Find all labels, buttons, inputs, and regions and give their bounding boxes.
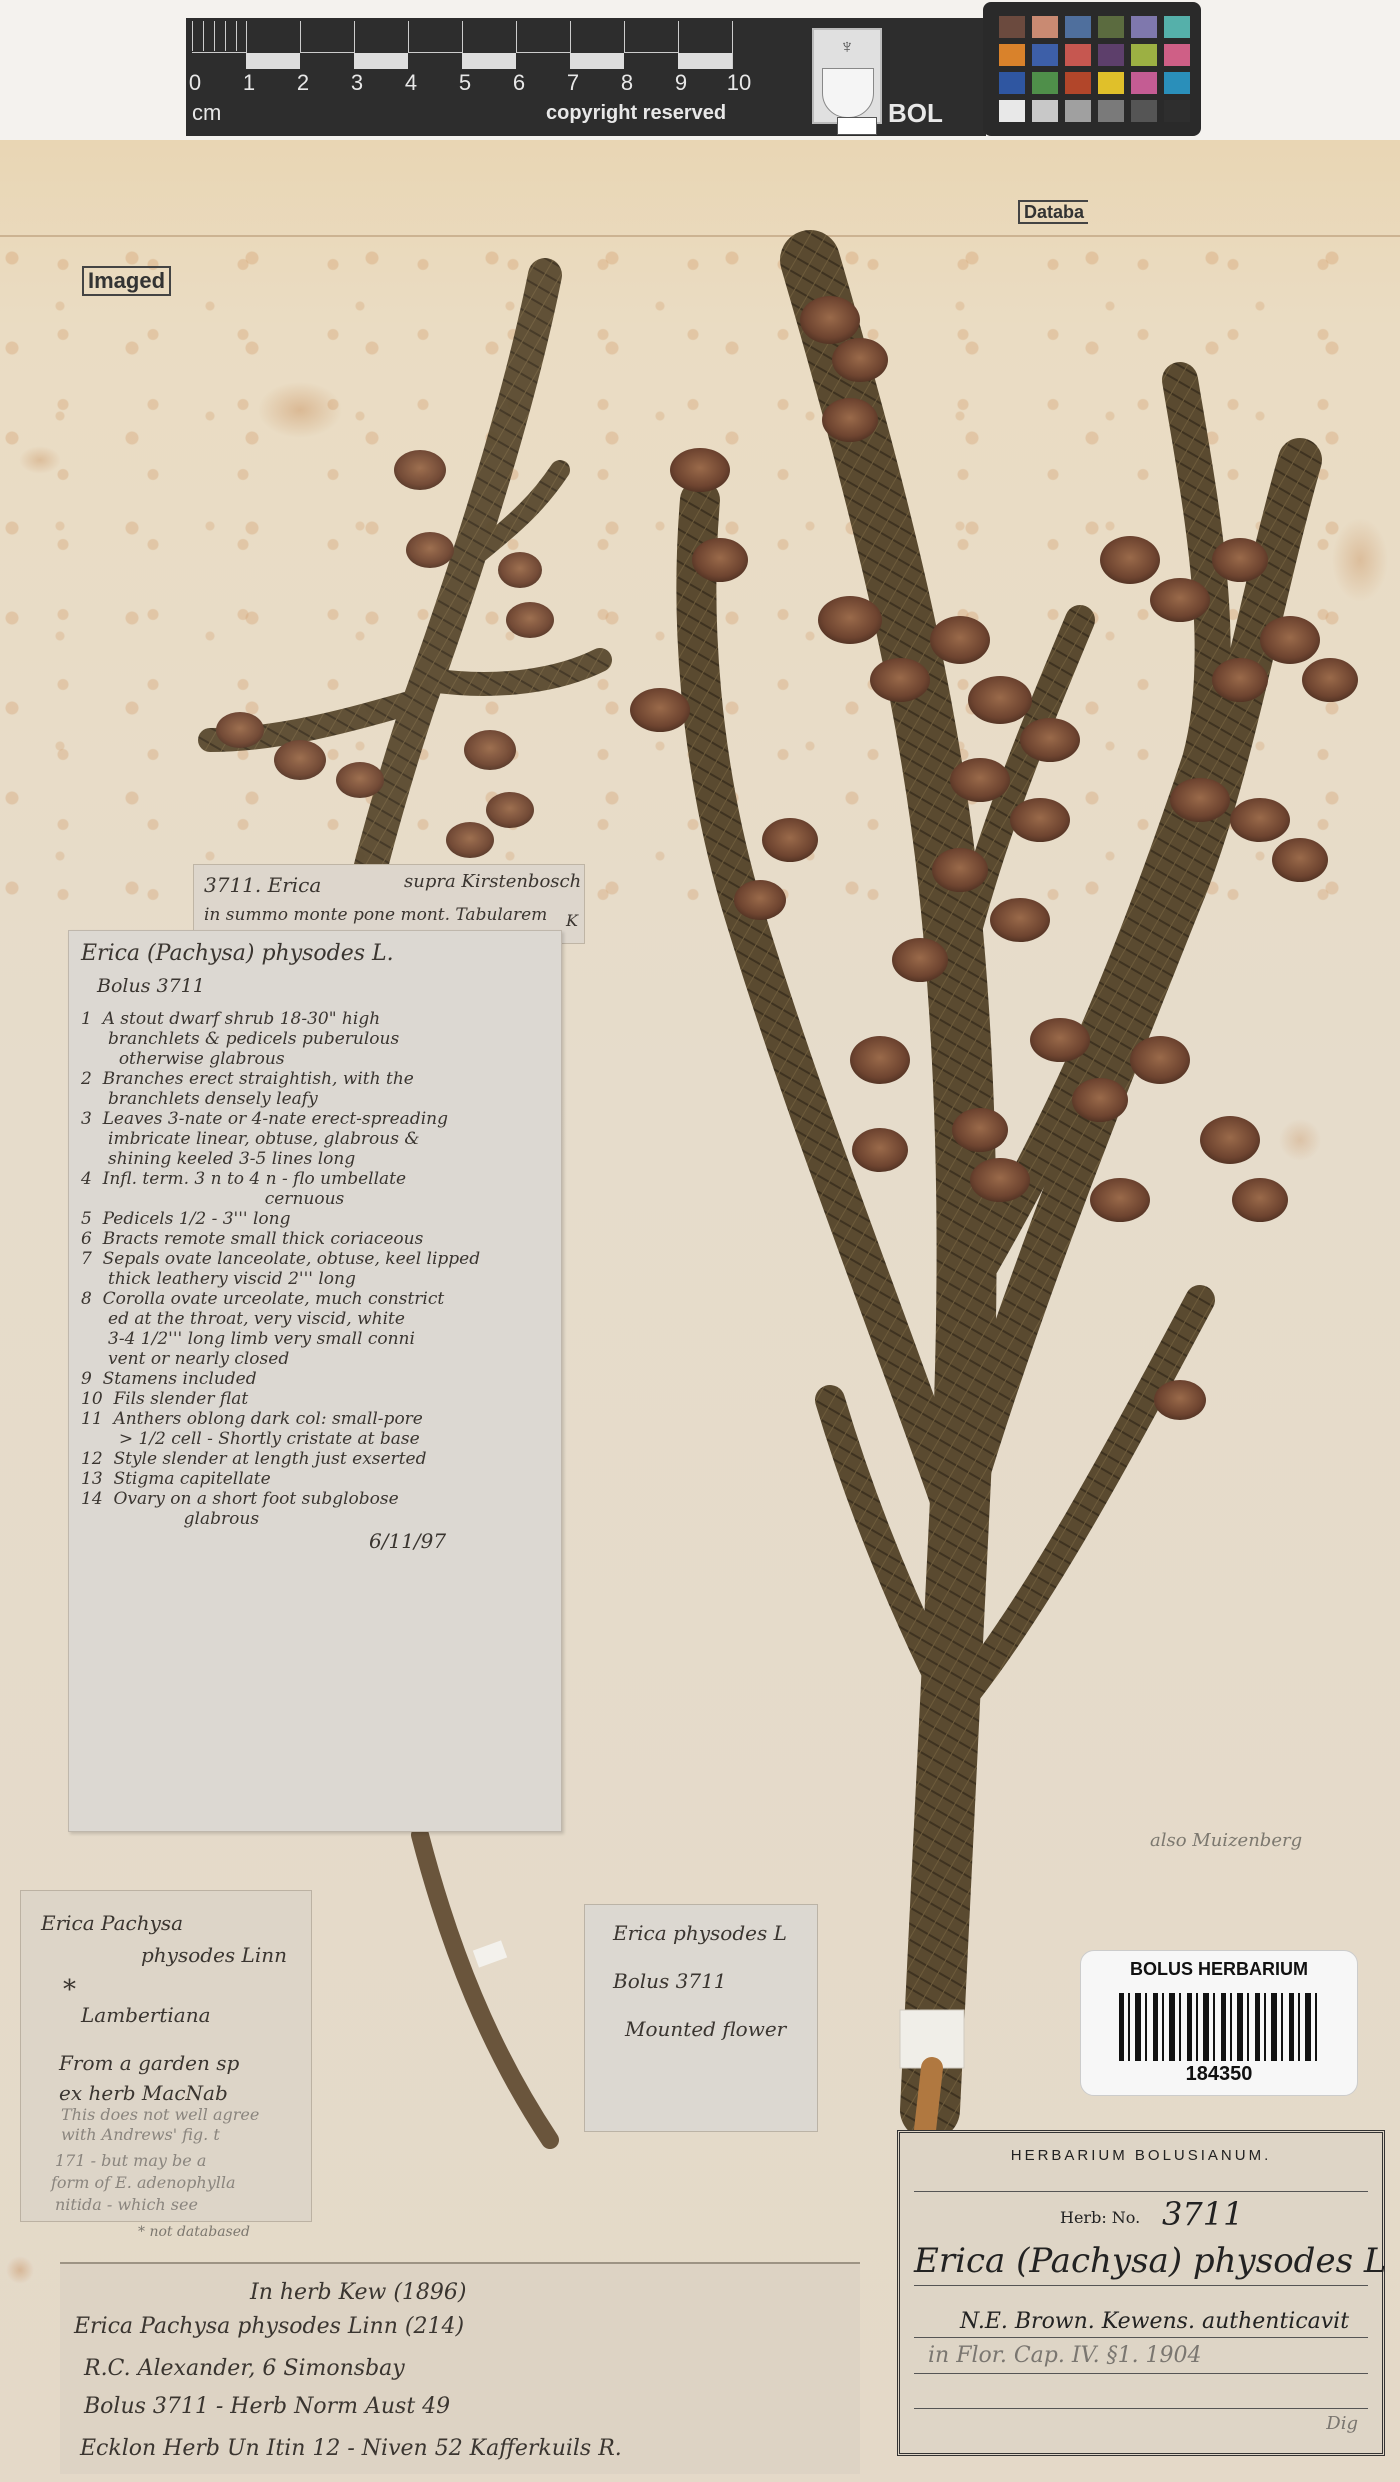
packet-line: Mounted flower <box>625 2017 786 2041</box>
description-line: imbricate linear, obtuse, glabrous & <box>81 1129 419 1149</box>
packet-line: Bolus 3711 <box>613 1969 727 1993</box>
description-line: vent or nearly closed <box>81 1349 289 1369</box>
taxon-name: Erica (Pachysa) physodes L <box>914 2241 1386 2281</box>
collector-mark: K <box>566 911 578 930</box>
description-line: otherwise glabrous <box>81 1049 285 1069</box>
description-line: 7 Sepals ovate lanceolate, obtuse, keel … <box>81 1249 480 1269</box>
description-line: ed at the throat, very viscid, white <box>81 1309 405 1329</box>
kew-line: Bolus 3711 - Herb Norm Aust 49 <box>84 2394 450 2419</box>
pencil-line: nitida - which see <box>55 2195 198 2214</box>
pencil-line: 171 - but may be a <box>55 2151 206 2170</box>
pencil-line: with Andrews' fig. t <box>61 2125 220 2144</box>
locality-line-1: supra Kirstenbosch <box>404 871 581 892</box>
description-line: 10 Fils slender flat <box>81 1389 248 1409</box>
kew-line: In herb Kew (1896) <box>250 2280 466 2305</box>
collection-number: 3711. Erica <box>204 873 321 897</box>
packet-line: Erica physodes L <box>613 1921 787 1945</box>
description-line: 11 Anthers oblong dark col: small-pore <box>81 1409 423 1429</box>
kew-line: Erica Pachysa physodes Linn (214) <box>74 2314 464 2339</box>
description-line: 2 Branches erect straightish, with the <box>81 1069 414 1089</box>
description-line: thick leathery viscid 2''' long <box>81 1269 356 1289</box>
mounted-flower-packet: Erica physodes L Bolus 3711 Mounted flow… <box>584 1904 818 2132</box>
stem-base <box>925 2068 932 2130</box>
description-line: 8 Corolla ovate urceolate, much constric… <box>81 1289 444 1309</box>
literature-reference: in Flor. Cap. IV. §1. 1904 <box>928 2343 1202 2368</box>
mounting-strap <box>473 1940 507 1967</box>
pencil-annotation: Dig <box>1326 2413 1358 2434</box>
herbarium-bolusianum-label: HERBARIUM BOLUSIANUM. Herb: No. 3711 Eri… <box>897 2130 1385 2456</box>
pencil-line: form of E. adenophylla <box>51 2173 236 2192</box>
description-title: Erica (Pachysa) physodes L. <box>81 941 394 966</box>
barcode-label: BOLUS HERBARIUM 184350 <box>1080 1950 1358 2096</box>
locality-pencil-note: also Muizenberg <box>1150 1830 1302 1851</box>
left-branch <box>210 275 600 870</box>
kew-line: Ecklon Herb Un Itin 12 - Niven 52 Kaffer… <box>80 2436 622 2461</box>
description-line: 13 Stigma capitellate <box>81 1469 271 1489</box>
description-line: glabrous <box>81 1509 259 1529</box>
lambert-line: ex herb MacNab <box>59 2081 228 2105</box>
description-line: 6 Bracts remote small thick coriaceous <box>81 1229 423 1249</box>
lambert-line: From a garden sp <box>59 2051 239 2075</box>
locality-line-2: in summo monte pone mont. Tabularem <box>204 905 547 925</box>
lambert-line: Lambertiana <box>81 2003 211 2027</box>
pencil-line: This does not well agree <box>61 2105 259 2124</box>
description-collector: Bolus 3711 <box>97 975 205 997</box>
description-line: 4 Infl. term. 3 n to 4 n - flo umbellate <box>81 1169 406 1189</box>
description-line: 5 Pedicels 1/2 - 3''' long <box>81 1209 290 1229</box>
description-date: 6/11/97 <box>369 1529 446 1553</box>
not-databased-note: * not databased <box>138 2224 250 2240</box>
asterisk-mark: * <box>63 1975 76 2005</box>
description-card: Erica (Pachysa) physodes L. Bolus 3711 1… <box>68 930 562 1832</box>
herb-no-value: 3711 <box>1162 2195 1243 2233</box>
barcode-icon <box>1119 1993 1319 2061</box>
description-line: 12 Style slender at length just exserted <box>81 1449 426 1469</box>
kew-notes-card: In herb Kew (1896) Erica Pachysa physode… <box>60 2262 860 2474</box>
lambert-line: Erica Pachysa <box>41 1911 183 1935</box>
lambert-line: physodes Linn <box>141 1943 287 1967</box>
herb-no-label: Herb: No. <box>1060 2208 1140 2227</box>
description-line: branchlets densely leafy <box>81 1089 318 1109</box>
description-line: 9 Stamens included <box>81 1369 257 1389</box>
description-line: 3-4 1/2''' long limb very small conni <box>81 1329 415 1349</box>
barcode-title: BOLUS HERBARIUM <box>1081 1959 1357 1980</box>
description-line: shining keeled 3-5 lines long <box>81 1149 355 1169</box>
kew-line: R.C. Alexander, 6 Simonsbay <box>84 2356 405 2381</box>
barcode-number: 184350 <box>1081 2063 1357 2086</box>
lambert-label: Erica Pachysa physodes Linn * Lambertian… <box>20 1890 312 2222</box>
lower-stem-fragment <box>420 1835 550 2140</box>
description-line: 3 Leaves 3-nate or 4-nate erect-spreadin… <box>81 1109 448 1129</box>
description-line: branchlets & pedicels puberulous <box>81 1029 399 1049</box>
description-line: cernuous <box>81 1189 344 1209</box>
label-header: HERBARIUM BOLUSIANUM. <box>900 2147 1382 2164</box>
description-line: 14 Ovary on a short foot subglobose <box>81 1489 399 1509</box>
description-line: 1 A stout dwarf shrub 18-30" high <box>81 1009 380 1029</box>
description-line: > 1/2 cell - Shortly cristate at base <box>81 1429 420 1449</box>
determination: N.E. Brown. Kewens. authenticavit <box>960 2309 1349 2334</box>
